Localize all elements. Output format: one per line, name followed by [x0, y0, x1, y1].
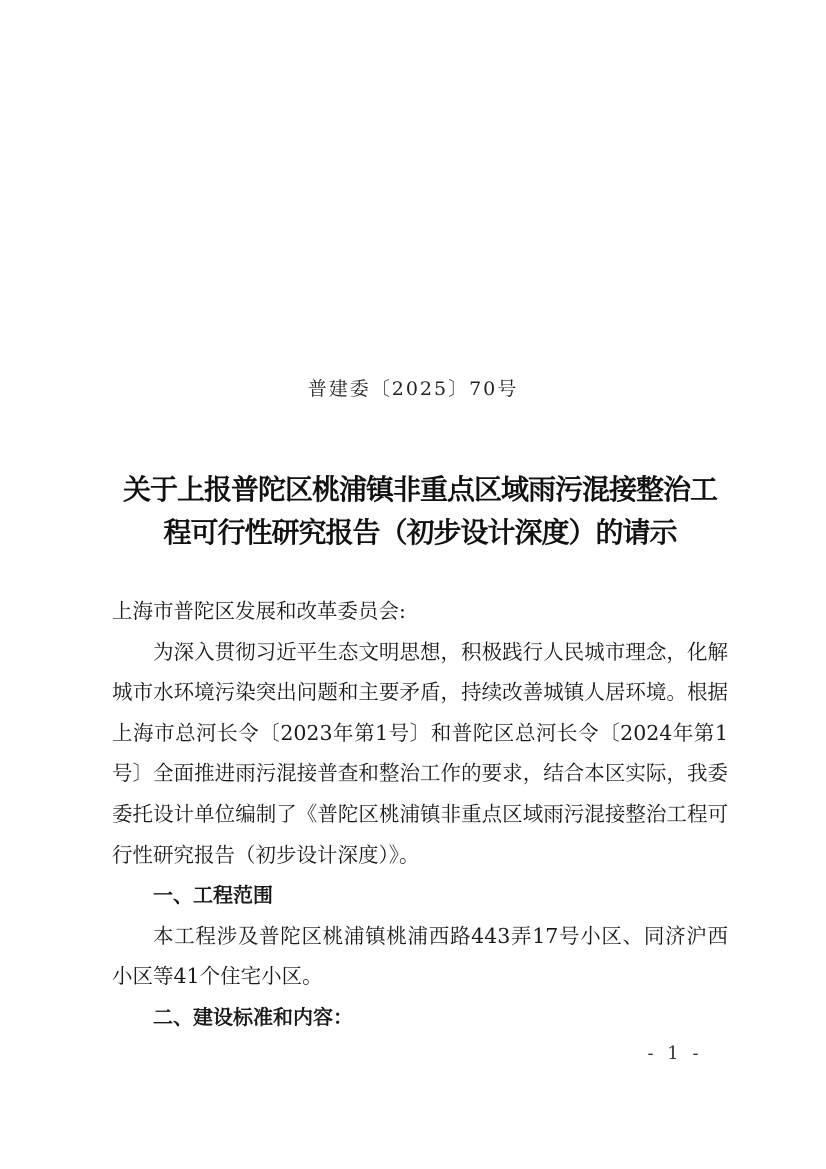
title-line-1: 关于上报普陀区桃浦镇非重点区域雨污混接整治工	[100, 468, 740, 511]
body-paragraph: 为深入贯彻习近平生态文明思想，积极践行人民城市理念，化解城市水环境污染突出问题和…	[112, 632, 728, 876]
addressee: 上海市普陀区发展和改革委员会:	[112, 591, 728, 632]
document-number: 普建委〔2025〕70号	[0, 374, 826, 401]
document-title: 关于上报普陀区桃浦镇非重点区域雨污混接整治工 程可行性研究报告（初步设计深度）的…	[100, 468, 740, 554]
document-body: 上海市普陀区发展和改革委员会: 为深入贯彻习近平生态文明思想，积极践行人民城市理…	[112, 591, 728, 1038]
document-page: 普建委〔2025〕70号 关于上报普陀区桃浦镇非重点区域雨污混接整治工 程可行性…	[0, 0, 826, 1169]
page-number: - 1 -	[640, 1043, 710, 1064]
section-heading-scope: 一、工程范围	[112, 875, 728, 916]
section-heading-standards: 二、建设标准和内容：	[112, 997, 728, 1038]
section-text-scope: 本工程涉及普陀区桃浦镇桃浦西路443弄17号小区、同济沪西小区等41个住宅小区。	[112, 916, 728, 997]
title-line-2: 程可行性研究报告（初步设计深度）的请示	[100, 511, 740, 554]
